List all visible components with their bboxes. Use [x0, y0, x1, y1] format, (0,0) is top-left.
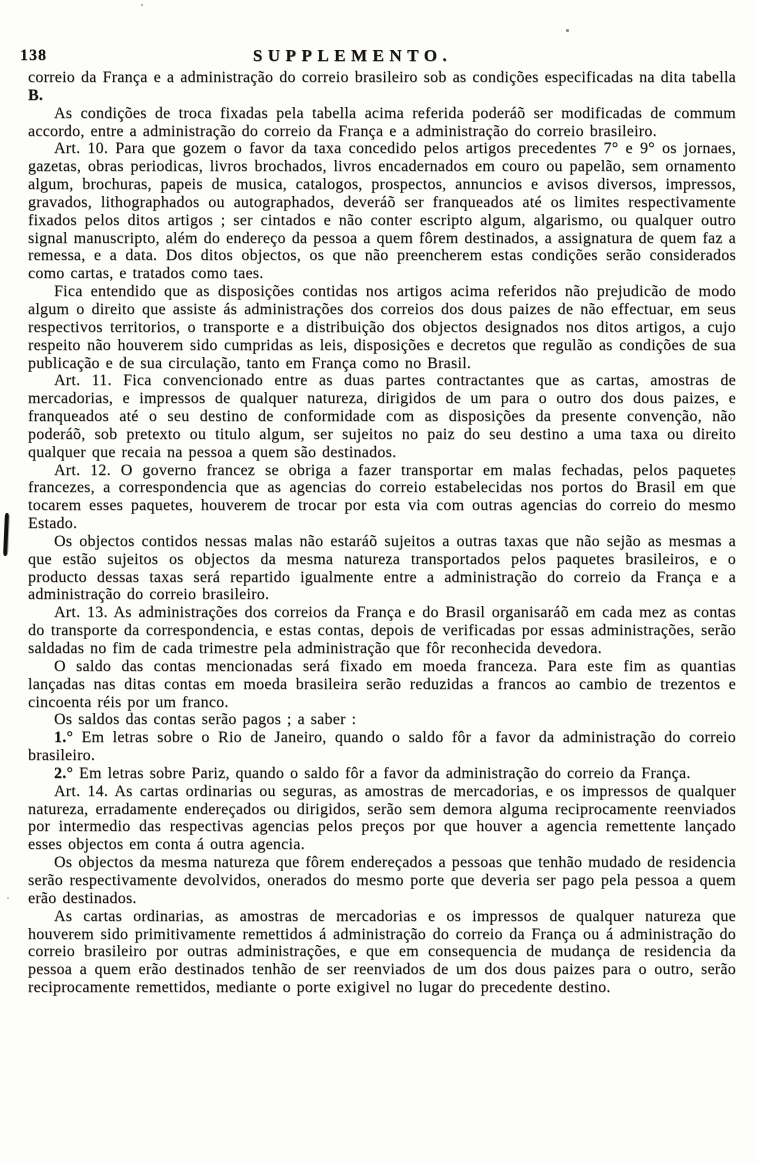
paragraph-text: correio da França e a administração do c…	[28, 69, 736, 86]
paragraph-text: Art. 12. O governo francez se obriga a f…	[28, 462, 736, 533]
scan-speck	[141, 4, 143, 6]
paragraph-text: As cartas ordinarias, as amostras de mer…	[28, 908, 736, 996]
paragraph-text: As condições de troca fixadas pela tabel…	[28, 105, 736, 140]
paragraph-text: Art. 13. As administrações dos correios …	[28, 604, 736, 657]
paragraph-lead-bold: 1.°	[54, 729, 73, 746]
paragraph: Art. 14. As cartas ordinarias ou seguras…	[28, 783, 736, 854]
paragraph-text: Em letras sobre Pariz, quando o saldo fô…	[73, 765, 690, 782]
paragraph: Os saldos das contas serão pagos ; a sab…	[28, 711, 736, 729]
paragraph-text: Os objectos da mesma natureza que fôrem …	[28, 854, 736, 907]
paragraph: correio da França e a administração do c…	[28, 69, 736, 105]
paragraph: 2.° Em letras sobre Pariz, quando o sald…	[28, 765, 736, 783]
page-title: SUPPLEMENTO.	[253, 46, 452, 65]
paragraph-text: Em letras sobre o Rio de Janeiro, quando…	[28, 729, 736, 764]
paragraph-bold-tail: B.	[28, 87, 43, 104]
paragraph: Fica entendido que as disposições contid…	[28, 283, 736, 372]
scan-speck	[566, 29, 569, 32]
scan-speck	[345, 115, 347, 117]
paragraph-lead-bold: 2.°	[54, 765, 73, 782]
paragraph-text: Art. 10. Para que gozem o favor da taxa …	[28, 140, 736, 282]
paragraph: Art. 11. Fica convencionado entre as dua…	[28, 372, 736, 461]
paragraph: As condições de troca fixadas pela tabel…	[28, 105, 736, 141]
page-title-wrap: SUPPLEMENTO.	[0, 46, 731, 66]
margin-ink-mark	[3, 513, 9, 556]
paragraph: 1.° Em letras sobre o Rio de Janeiro, qu…	[28, 729, 736, 765]
scan-speck	[420, 828, 422, 830]
paragraph-text: Os saldos das contas serão pagos ; a sab…	[54, 711, 356, 728]
paragraph-text: Fica entendido que as disposições contid…	[28, 283, 736, 371]
page-header: 138 SUPPLEMENTO.	[0, 46, 757, 68]
paragraph-text: Os objectos contidos nessas malas não es…	[28, 533, 736, 604]
scan-speck	[730, 477, 732, 480]
paragraph: As cartas ordinarias, as amostras de mer…	[28, 908, 736, 997]
paragraph: Art. 13. As administrações dos correios …	[28, 604, 736, 658]
paragraph: Art. 10. Para que gozem o favor da taxa …	[28, 140, 736, 283]
paragraph-text: Art. 14. As cartas ordinarias ou seguras…	[28, 783, 736, 854]
scan-speck	[7, 897, 9, 899]
paragraph-text: Art. 11. Fica convencionado entre as dua…	[28, 372, 736, 460]
paragraph-text: O saldo das contas mencionadas será fixa…	[28, 658, 736, 711]
paragraph: O saldo das contas mencionadas será fixa…	[28, 658, 736, 712]
paragraph: Os objectos contidos nessas malas não es…	[28, 533, 736, 604]
document-page: 138 SUPPLEMENTO. correio da França e a a…	[0, 0, 757, 1164]
paragraph: Art. 12. O governo francez se obriga a f…	[28, 462, 736, 533]
document-body: correio da França e a administração do c…	[28, 69, 736, 997]
paragraph: Os objectos da mesma natureza que fôrem …	[28, 854, 736, 908]
